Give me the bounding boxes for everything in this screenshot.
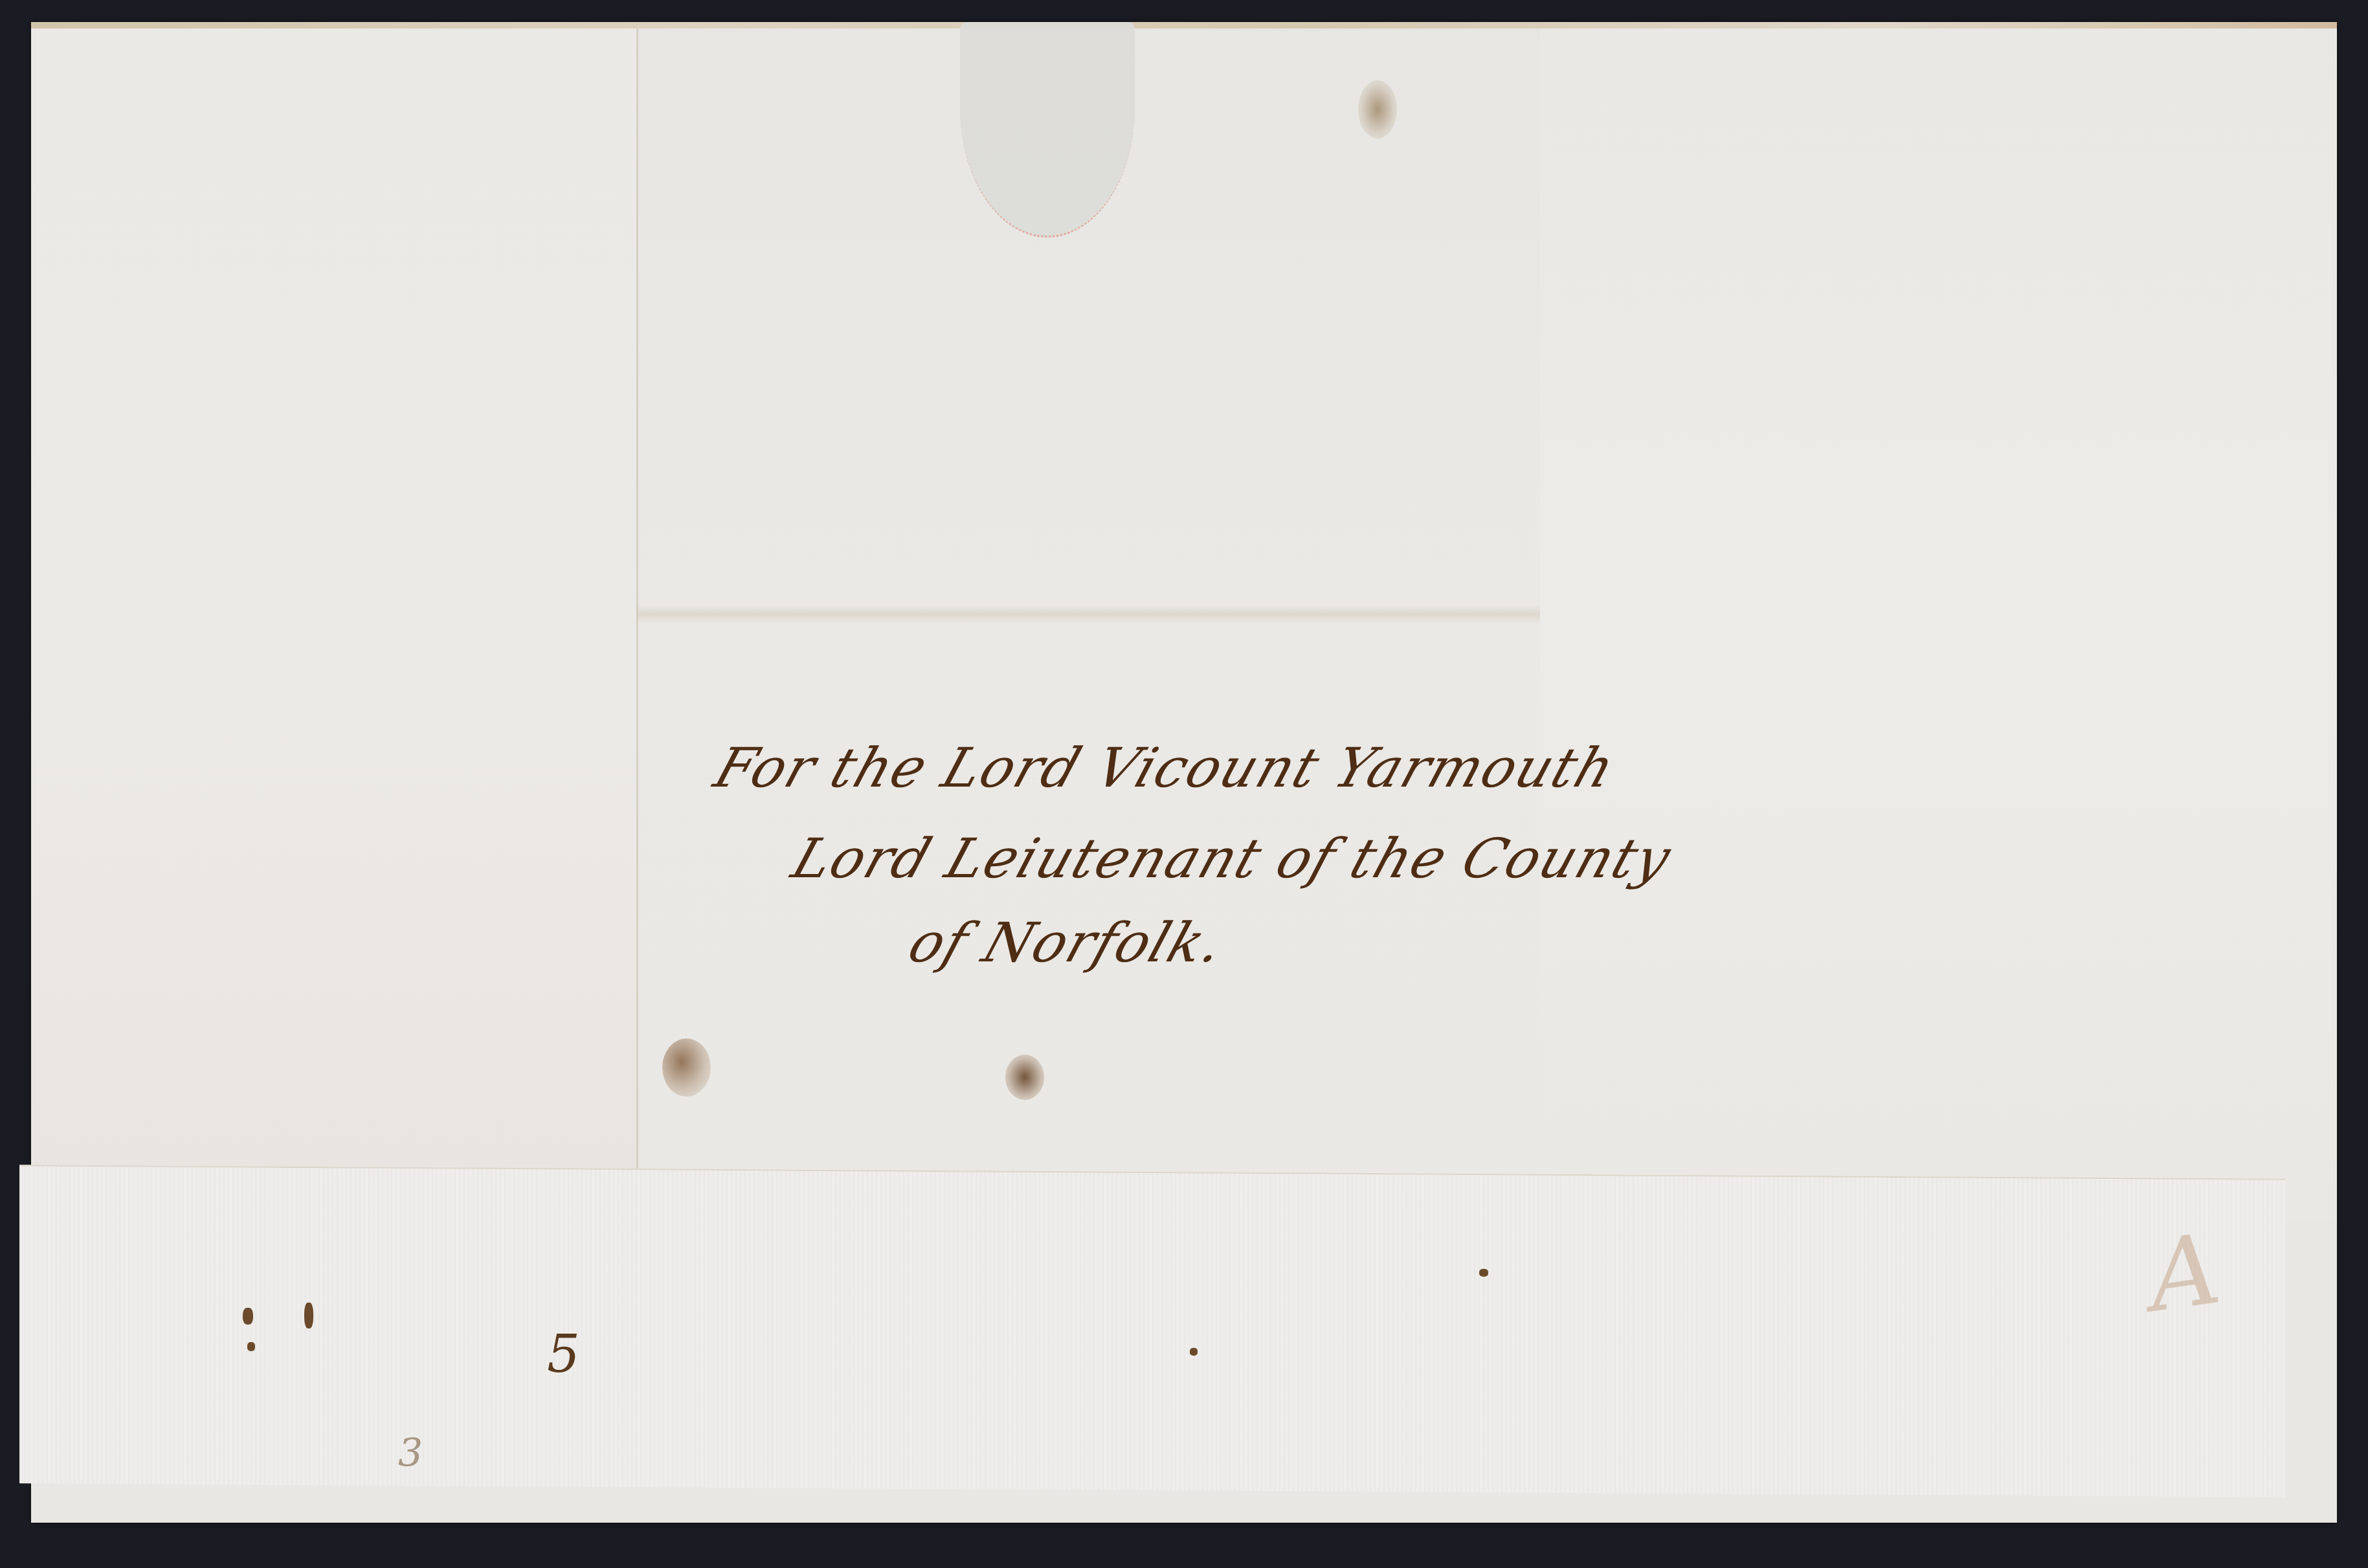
ink-bleed-mark xyxy=(247,1342,255,1351)
address-line: Lord Leiutenant of the County xyxy=(786,831,1678,886)
ink-blot-stain xyxy=(662,1038,711,1097)
address-line: of Norfolk. xyxy=(902,915,1231,970)
fold-panel-right xyxy=(1540,28,2337,1220)
ink-bleed-mark xyxy=(304,1303,313,1328)
top-edge-discoloration xyxy=(31,22,2337,28)
ink-bleed-mark xyxy=(1190,1348,1198,1356)
ink-bleed-mark xyxy=(1479,1269,1488,1277)
marginal-numeral: 3 xyxy=(398,1431,423,1476)
ink-bleed-mark xyxy=(243,1308,253,1325)
ink-blot-stain xyxy=(1005,1055,1044,1100)
bottom-fold-strip xyxy=(19,1165,2285,1497)
fold-panel-left xyxy=(31,28,636,1187)
address-line: For the Lord Vicount Yarmouth xyxy=(708,741,1622,795)
horizontal-fold-crease xyxy=(636,605,1540,624)
marginal-numeral: 5 xyxy=(547,1324,580,1384)
foxing-stain xyxy=(1358,80,1397,139)
